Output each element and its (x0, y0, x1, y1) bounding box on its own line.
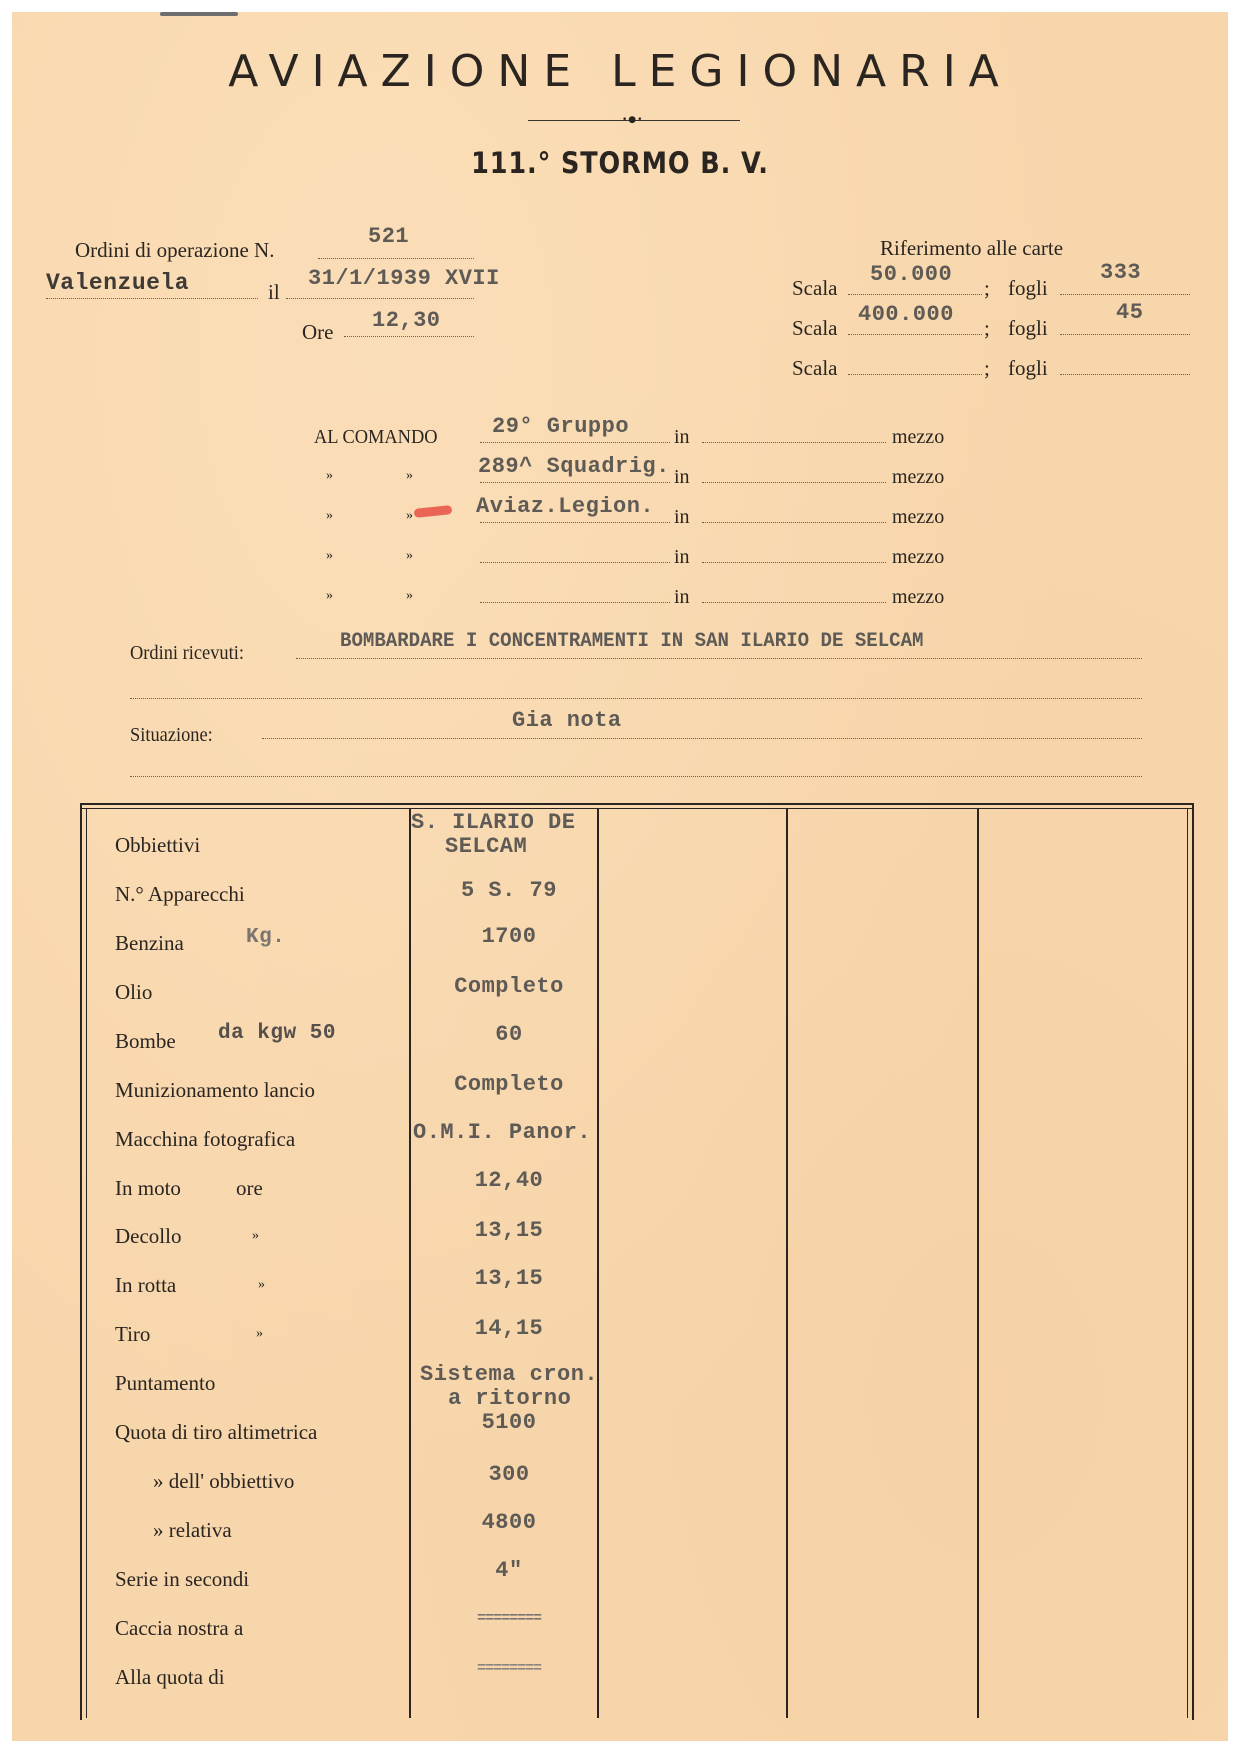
row-label-altitude: Quota di tiro altimetrica (115, 1420, 317, 1445)
row-value-fighter-escort: ======== (409, 1610, 609, 1627)
scale-value: 400.000 (858, 302, 954, 327)
row-label-bombs: Bombe (115, 1029, 176, 1054)
place-value: Valenzuela (46, 270, 189, 296)
command-unit-line (480, 482, 670, 483)
row-note-bombs: da kgw 50 (218, 1022, 336, 1045)
ditto-mark: » (406, 508, 413, 524)
command-unit-line (480, 442, 670, 443)
separator: ; (984, 316, 990, 341)
date-line (286, 298, 474, 299)
row-value-oil: Completo (409, 974, 609, 999)
row-label-engine-start: In moto (115, 1176, 181, 1201)
order-number-line (318, 258, 474, 259)
table-column-divider (786, 808, 788, 1718)
row-value-objectives: S. ILARIO DE (411, 810, 611, 835)
command-unit-line (480, 562, 670, 563)
row-label-ammunition: Munizionamento lancio (115, 1078, 315, 1103)
scale-value: 50.000 (870, 262, 952, 287)
page-title: AVIAZIONE LEGIONARIA (0, 46, 1240, 97)
row-label-series-seconds: Serie in secondi (115, 1567, 249, 1592)
row-note-takeoff: » (252, 1228, 259, 1244)
orders-received-label: Ordini ricevuti: (130, 642, 244, 665)
in-label: in (674, 426, 690, 449)
in-line (702, 562, 886, 563)
scale-line (848, 334, 982, 335)
row-value-ammunition: Completo (409, 1072, 609, 1097)
ditto-mark: » (406, 468, 413, 484)
row-note-fuel: Kg. (246, 926, 285, 949)
row-value-aiming: Sistema cron. (420, 1362, 660, 1387)
means-label: mezzo (892, 586, 944, 609)
orders-received-line (296, 658, 1142, 659)
page-subtitle: 111.° STORMO B. V. (74, 146, 1165, 180)
row-value-bombs: 60 (409, 1022, 609, 1047)
scale-label: Scala (792, 356, 837, 381)
time-line (344, 336, 474, 337)
situation-label: Situazione: (130, 724, 213, 747)
in-line (702, 482, 886, 483)
sheets-line (1060, 334, 1190, 335)
command-unit: 289^ Squadrig. (478, 454, 670, 479)
date-value: 31/1/1939 XVII (308, 266, 500, 291)
separator: ; (984, 276, 990, 301)
row-label-escort-altitude: Alla quota di (115, 1665, 225, 1690)
row-label-fighter-escort: Caccia nostra a (115, 1616, 243, 1641)
scale-label: Scala (792, 276, 837, 301)
ditto-mark: » (326, 508, 333, 524)
row-value-en-route: 13,15 (409, 1266, 609, 1291)
sheets-line (1060, 374, 1190, 375)
table-column-divider (977, 808, 979, 1718)
ditto-mark: » (326, 548, 333, 564)
row-label-camera: Macchina fotografica (115, 1127, 295, 1152)
date-label: il (268, 280, 280, 305)
map-reference-title: Riferimento alle carte (880, 236, 1063, 261)
row-note-engine-start: ore (236, 1176, 263, 1201)
time-label: Ore (302, 320, 333, 345)
sheets-value: 333 (1100, 260, 1141, 285)
row-label-fuel: Benzina (115, 931, 184, 956)
row-label-firing: Tiro (115, 1322, 150, 1347)
ditto-mark: » (406, 548, 413, 564)
means-label: mezzo (892, 426, 944, 449)
row-value-target-altitude: 300 (409, 1462, 609, 1487)
command-unit: Aviaz.Legion. (476, 494, 654, 519)
time-value: 12,30 (372, 308, 441, 333)
row-value-takeoff: 13,15 (409, 1218, 609, 1243)
means-label: mezzo (892, 546, 944, 569)
situation-line (262, 738, 1142, 739)
row-label-target-altitude: » dell' obbiettivo (115, 1469, 294, 1494)
table-border-left-inner (86, 808, 87, 1718)
row-value-fuel: 1700 (409, 924, 609, 949)
command-unit-line (480, 602, 670, 603)
orders-received-line-2 (130, 698, 1142, 699)
in-label: in (674, 546, 690, 569)
row-note-firing: » (256, 1326, 263, 1342)
row-value-altitude: 5100 (409, 1410, 609, 1435)
means-label: mezzo (892, 466, 944, 489)
command-label: AL COMANDO (314, 426, 438, 449)
in-line (702, 602, 886, 603)
separator: ; (984, 356, 990, 381)
row-value-aiming-2: a ritorno (420, 1386, 688, 1411)
row-value-aircraft: 5 S. 79 (409, 878, 609, 903)
scale-line (848, 294, 982, 295)
row-label-oil: Olio (115, 980, 152, 1005)
ditto-mark: » (326, 588, 333, 604)
command-unit-line (480, 522, 670, 523)
in-label: in (674, 586, 690, 609)
situation-line-2 (130, 776, 1142, 777)
sheets-line (1060, 294, 1190, 295)
scale-line (848, 374, 982, 375)
sheets-label: fogli (1008, 276, 1048, 301)
in-label: in (674, 466, 690, 489)
row-value-escort-altitude: ======== (409, 1660, 609, 1677)
row-value-camera: O.M.I. Panor. (413, 1120, 643, 1145)
row-label-en-route: In rotta (115, 1273, 176, 1298)
sheets-value: 45 (1116, 300, 1143, 325)
ditto-mark: » (406, 588, 413, 604)
place-line (46, 298, 258, 299)
command-unit: 29° Gruppo (492, 414, 629, 439)
table-border-left (80, 803, 82, 1720)
divider-ornament: •●• (622, 115, 643, 125)
row-label-relative-altitude: » relativa (115, 1518, 232, 1543)
row-value-series-seconds: 4" (409, 1558, 609, 1583)
orders-received-value: BOMBARDARE I CONCENTRAMENTI IN SAN ILARI… (340, 630, 923, 653)
row-value-firing: 14,15 (409, 1316, 609, 1341)
staple-mark (160, 12, 238, 16)
in-line (702, 442, 886, 443)
scale-label: Scala (792, 316, 837, 341)
row-value-engine-start: 12,40 (409, 1168, 609, 1193)
table-border-top (80, 803, 1194, 805)
table-border-right-inner (1187, 808, 1188, 1718)
table-border-top-inner (80, 808, 1194, 809)
row-value-objectives-2: SELCAM (411, 834, 645, 859)
order-number-value: 521 (368, 224, 409, 249)
ditto-mark: » (326, 468, 333, 484)
order-number-label: Ordini di operazione N. (75, 238, 274, 263)
row-note-en-route: » (258, 1277, 265, 1293)
row-label-objectives: Obbiettivi (115, 833, 200, 858)
row-label-takeoff: Decollo (115, 1224, 181, 1249)
row-label-aircraft: N.° Apparecchi (115, 882, 245, 907)
in-label: in (674, 506, 690, 529)
sheets-label: fogli (1008, 356, 1048, 381)
row-value-relative-altitude: 4800 (409, 1510, 609, 1535)
sheets-label: fogli (1008, 316, 1048, 341)
situation-value: Gia nota (512, 708, 622, 733)
table-border-right (1192, 803, 1194, 1720)
means-label: mezzo (892, 506, 944, 529)
row-label-aiming: Puntamento (115, 1371, 215, 1396)
in-line (702, 522, 886, 523)
